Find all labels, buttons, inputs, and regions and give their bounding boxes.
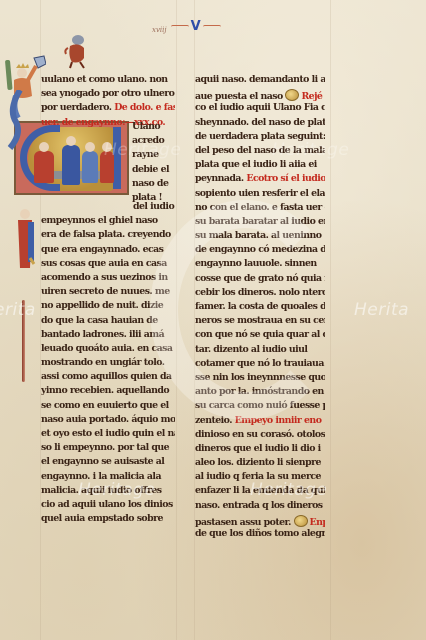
text-line: aquii naso. demandanto li agr: [195, 73, 325, 87]
catchword: xviij V: [152, 20, 221, 34]
text-line: quel auia empstado sobre: [41, 512, 175, 526]
rubric-capital: Ecotro sí el iudio: [246, 173, 325, 184]
text-line: aue puesta el naso Rejé: [195, 87, 325, 101]
rubric-text: De dolo. e fasta: [111, 102, 175, 113]
watermark-text: Heritage: [104, 140, 181, 160]
standing-figure-icon: [62, 145, 80, 185]
dragon-tail-icon: [4, 90, 28, 150]
text-line: Ulano: [132, 120, 176, 134]
text-line: el engaynno se auisaste al: [41, 455, 175, 469]
standing-figure-icon: [14, 208, 36, 308]
flourish-icon: [171, 25, 189, 29]
grotesque-creature-icon: [62, 34, 92, 70]
left-column-wrap: Ulano acredo rayne debie el naso de plat…: [132, 120, 176, 205]
folio-mark: xviij: [152, 26, 167, 34]
manuscript-page: xviij V: [0, 0, 426, 640]
text-line: del iudio: [41, 200, 175, 214]
text-line: sus cosas que auia en casa: [41, 257, 175, 271]
gold-paragraph-mark-icon: [294, 515, 308, 527]
watermark-text: Herita: [354, 300, 409, 320]
text-line: naso auia portado. áquio mo: [41, 413, 175, 427]
text-line: que era engaynnado. ecas: [41, 243, 175, 257]
text-line: uulano et como ulano. non: [41, 73, 175, 87]
text-line: por uerdadero. De dolo. e fasta: [41, 101, 175, 115]
text-line: se como en euuierto que el: [41, 399, 175, 413]
text-line: debie el: [132, 163, 176, 177]
flourish-icon: [203, 25, 221, 29]
text-line: empeynnos el ghiel naso: [41, 214, 175, 228]
text-line: so li empeynno. por tal que: [41, 441, 175, 455]
catchword-letter: V: [191, 22, 201, 32]
gold-paragraph-mark-icon: [285, 89, 299, 101]
text-line: co el iudio aquii Ulano Fia có: [195, 101, 325, 115]
watermark-logo: [150, 200, 340, 420]
text-line: dinioso en su corasó. otolos: [195, 428, 325, 442]
text-line: era de falsa plata. creyendo: [41, 228, 175, 242]
text-line: mostrando en ungiár tolo.: [41, 356, 175, 370]
text-line: pastasen assu poter. Enp: [195, 513, 325, 527]
text-line: sea ynogado por otro ulnero et: [41, 87, 175, 101]
watermark-text: Heritage: [250, 480, 327, 500]
text-line: sopiento uien resferir el ela: [195, 187, 325, 201]
text-line: cio ad aquii ulano los dinios: [41, 498, 175, 512]
text-line: et oyo esto el iudio quin el na: [41, 427, 175, 441]
text-line: yinno recebien. aquellando: [41, 384, 175, 398]
seated-figure-icon: [82, 151, 98, 183]
watermark-text: Heritage: [272, 140, 349, 160]
text-line: peynnada. Ecotro sí el iudio: [195, 172, 325, 186]
text-line: plata que el iudio li aiia ei: [195, 158, 325, 172]
text-line: dineros que el iudio li dio i: [195, 442, 325, 456]
text-line: naso. entrada q los dineros: [195, 499, 325, 513]
watermark-text: erita: [0, 300, 36, 320]
text-line: sheynnado. del naso de plata: [195, 116, 325, 130]
left-column-body: del iudio empeynnos el ghiel naso era de…: [41, 200, 175, 526]
text-line: naso de: [132, 177, 176, 191]
seated-figure-icon: [34, 151, 54, 183]
text-line: aleo los. diziento li sienpre: [195, 456, 325, 470]
text-line: de que los diños tomo alegr: [195, 527, 325, 541]
text-line: assi como aquillos quien da: [41, 370, 175, 384]
watermark-text: Heritage: [78, 480, 155, 500]
